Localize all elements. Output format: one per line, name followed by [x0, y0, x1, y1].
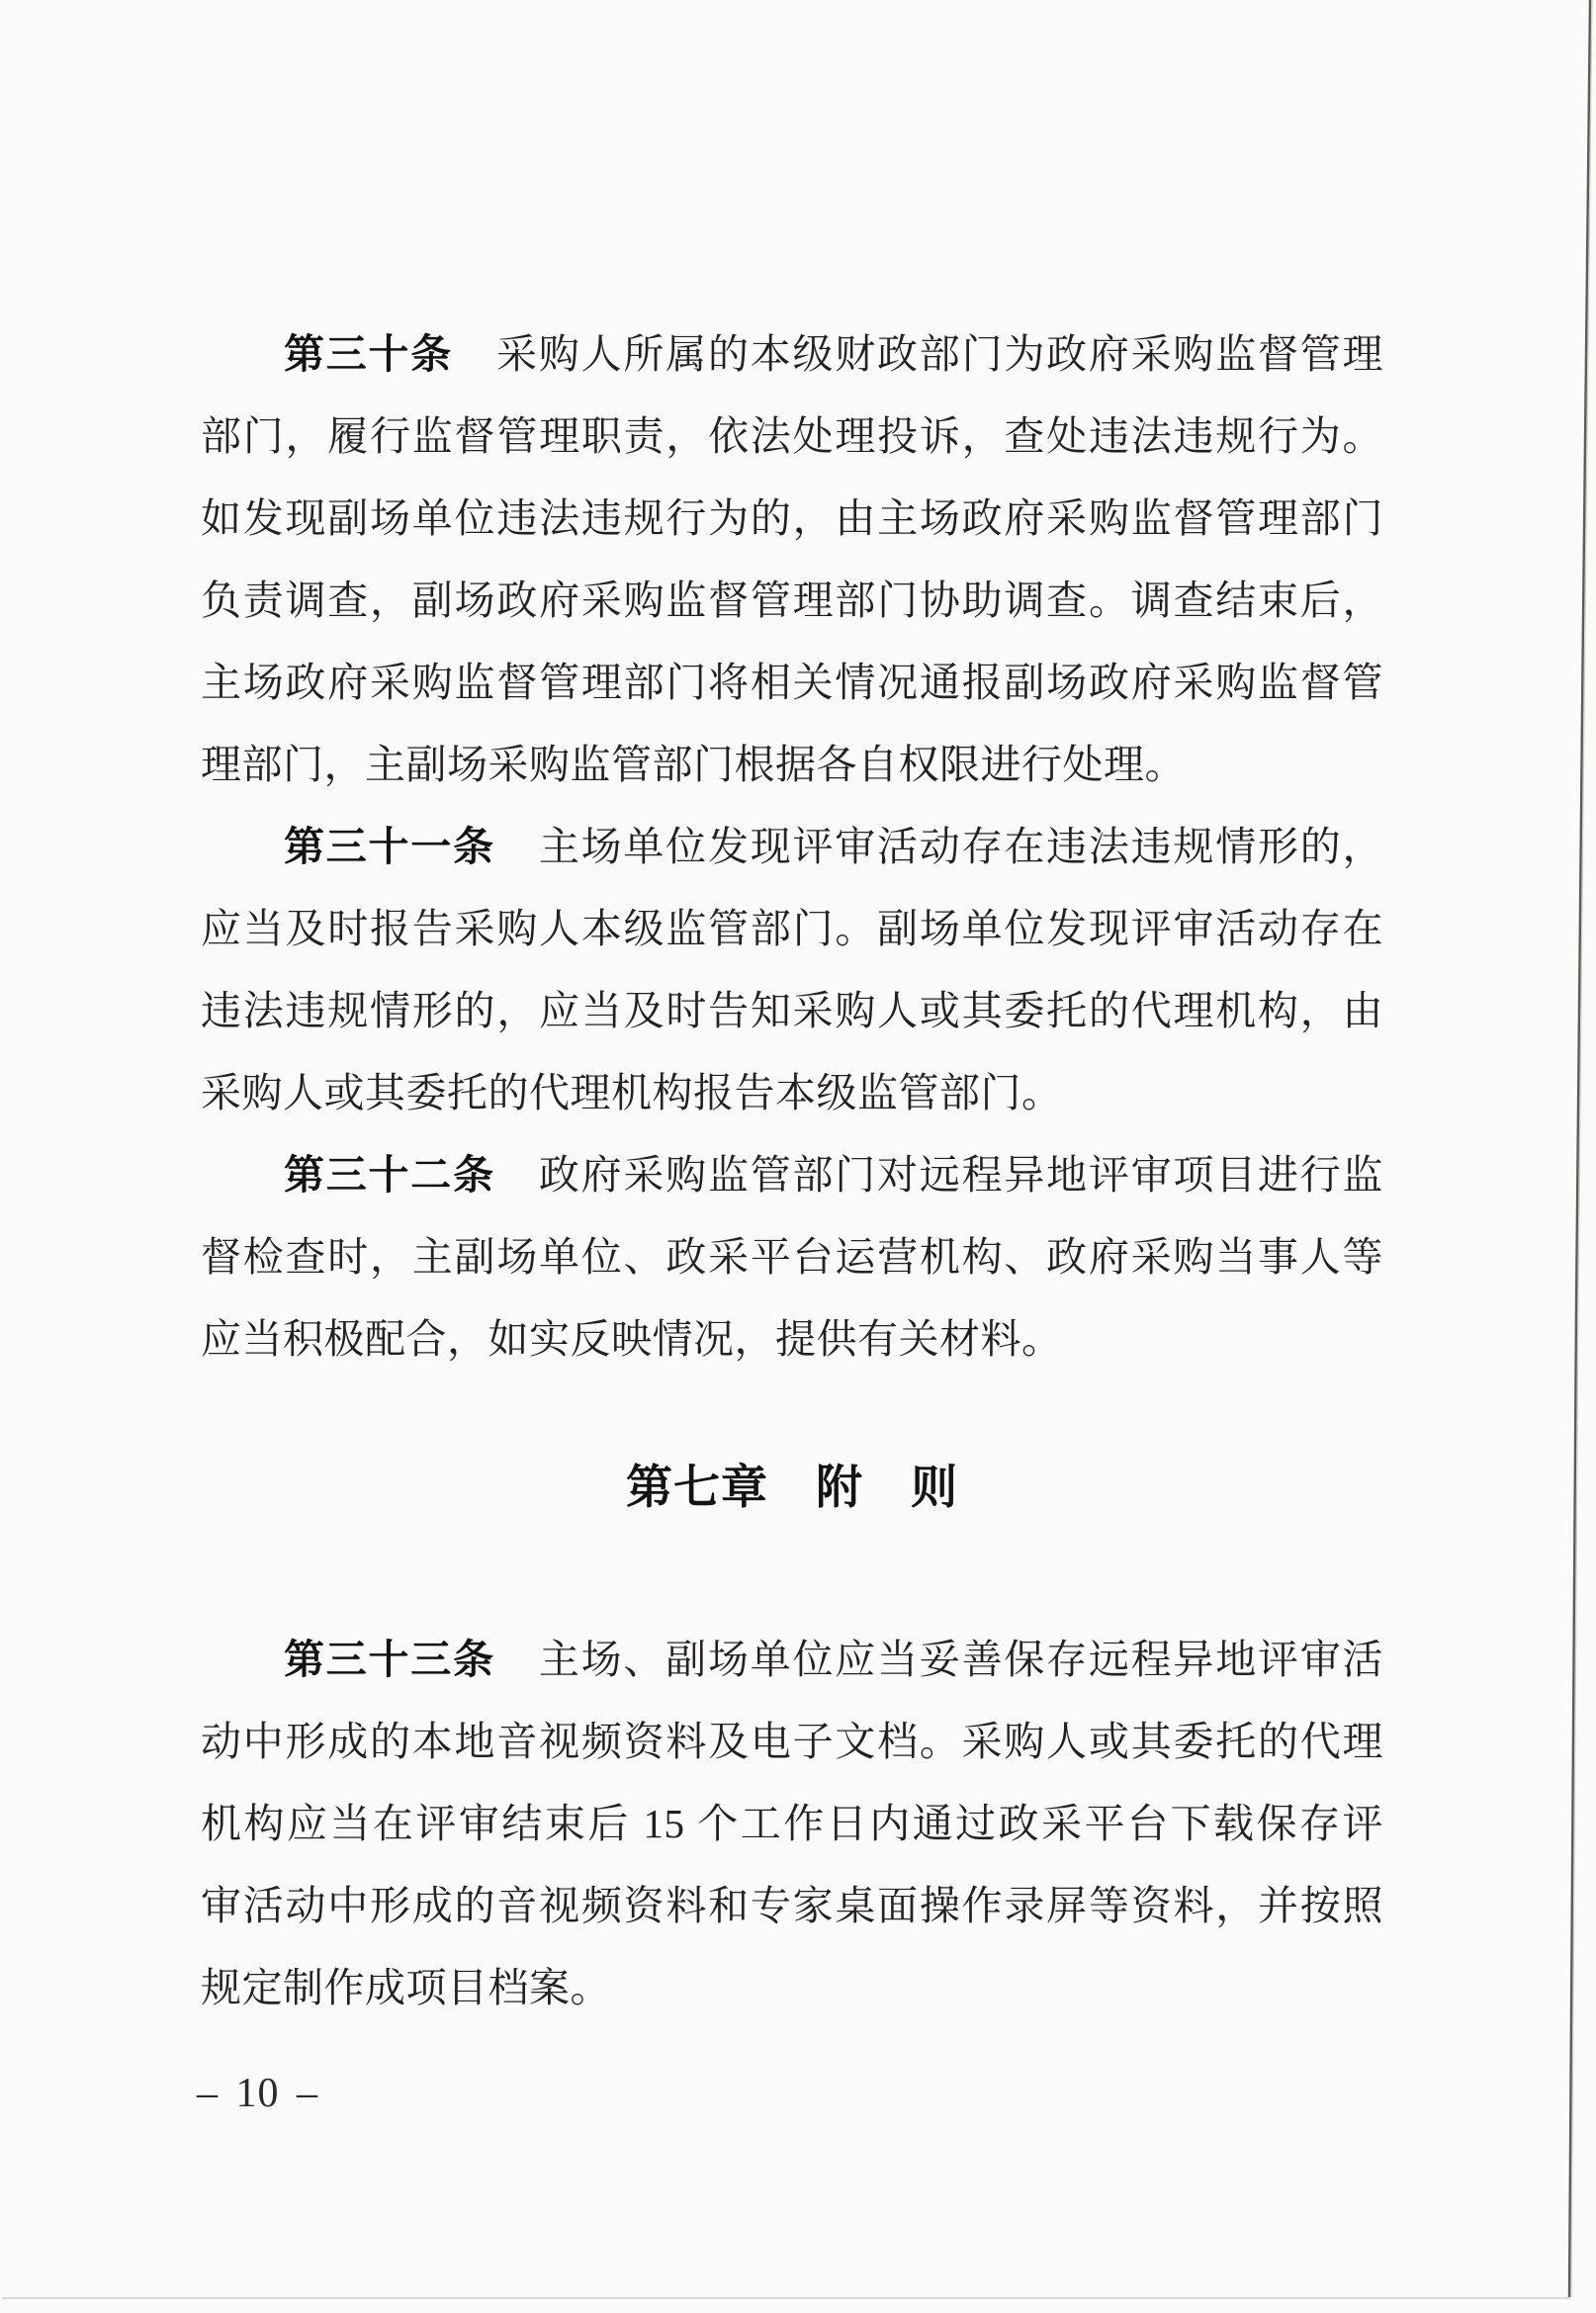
text-line: 督检查时，主副场单位、政采平台运营机构、政府采购当事人等	[201, 1216, 1383, 1298]
text-line: 规定制作成项目档案。	[201, 1947, 1383, 2029]
line-text: 如发现副场单位违法违规行为的，由主场政府采购监督管理部门	[201, 495, 1383, 541]
text-line: 第三十一条主场单位发现评审活动存在违法违规情形的，	[201, 806, 1383, 888]
line-text: 规定制作成项目档案。	[201, 1965, 611, 2010]
page-number: – 10 –	[197, 2070, 318, 2117]
line-text: 政府采购监管部门对远程异地评审项目进行监	[539, 1152, 1383, 1198]
line-text: 督检查时，主副场单位、政采平台运营机构、政府采购当事人等	[201, 1234, 1383, 1280]
line-text: 主场政府采购监督管理部门将相关情况通报副场政府采购监督管	[201, 660, 1383, 705]
line-text: 应当及时报告采购人本级监管部门。副场单位发现评审活动存在	[201, 906, 1383, 951]
scan-edge-line-vertical	[1569, 0, 1590, 2297]
scanned-page: 第三十条采购人所属的本级财政部门为政府采购监督管理 部门，履行监督管理职责，依法…	[0, 0, 1596, 2313]
text-line: 机构应当在评审结束后 15 个工作日内通过政采平台下载保存评	[201, 1783, 1383, 1865]
document-body: 第三十条采购人所属的本级财政部门为政府采购监督管理 部门，履行监督管理职责，依法…	[201, 313, 1383, 2029]
text-line: 主场政府采购监督管理部门将相关情况通报副场政府采购监督管	[201, 642, 1383, 724]
text-line: 第三十三条主场、副场单位应当妥善保存远程异地评审活	[201, 1619, 1383, 1701]
scan-edge-line-highlight	[1571, 0, 1592, 2297]
line-text: 采购人或其委托的代理机构报告本级监管部门。	[201, 1070, 1063, 1115]
line-text: 审活动中形成的音视频资料和专家桌面操作录屏等资料，并按照	[201, 1883, 1383, 1928]
text-line: 采购人或其委托的代理机构报告本级监管部门。	[201, 1052, 1383, 1134]
text-line: 部门，履行监督管理职责，依法处理投诉，查处违法违规行为。	[201, 396, 1383, 478]
text-line: 第三十二条政府采购监管部门对远程异地评审项目进行监	[201, 1134, 1383, 1216]
chapter-heading: 第七章 附 则	[201, 1446, 1383, 1528]
text-line: 如发现副场单位违法违规行为的，由主场政府采购监督管理部门	[201, 478, 1383, 560]
line-text: 理部门，主副场采购监管部门根据各自权限进行处理。	[201, 742, 1186, 787]
text-line: 第三十条采购人所属的本级财政部门为政府采购监督管理	[201, 313, 1383, 396]
line-text: 采购人所属的本级财政部门为政府采购监督管理	[496, 331, 1383, 377]
line-text: 部门，履行监督管理职责，依法处理投诉，查处违法违规行为。	[201, 413, 1383, 459]
article-number: 第三十三条	[284, 1637, 495, 1682]
line-text: 动中形成的本地音视频资料及电子文档。采购人或其委托的代理	[201, 1719, 1383, 1764]
article-number: 第三十条	[284, 331, 453, 377]
text-line: 负责调查，副场政府采购监督管理部门协助调查。调查结束后，	[201, 560, 1383, 642]
line-text: 应当积极配合，如实反映情况，提供有关材料。	[201, 1316, 1063, 1362]
text-line: 动中形成的本地音视频资料及电子文档。采购人或其委托的代理	[201, 1701, 1383, 1783]
text-line: 审活动中形成的音视频资料和专家桌面操作录屏等资料，并按照	[201, 1865, 1383, 1947]
line-text: 违法违规情形的，应当及时告知采购人或其委托的代理机构，由	[201, 988, 1383, 1033]
article-number: 第三十二条	[284, 1152, 495, 1198]
article-number: 第三十一条	[284, 824, 495, 869]
text-line: 应当积极配合，如实反映情况，提供有关材料。	[201, 1298, 1383, 1380]
text-line: 理部门，主副场采购监管部门根据各自权限进行处理。	[201, 724, 1383, 806]
line-text: 主场单位发现评审活动存在违法违规情形的，	[539, 824, 1383, 869]
line-text: 机构应当在评审结束后 15 个工作日内通过政采平台下载保存评	[201, 1801, 1383, 1846]
text-line: 违法违规情形的，应当及时告知采购人或其委托的代理机构，由	[201, 970, 1383, 1052]
line-text: 负责调查，副场政府采购监督管理部门协助调查。调查结束后，	[201, 578, 1383, 623]
line-text: 主场、副场单位应当妥善保存远程异地评审活	[539, 1637, 1383, 1682]
text-line: 应当及时报告采购人本级监管部门。副场单位发现评审活动存在	[201, 888, 1383, 970]
